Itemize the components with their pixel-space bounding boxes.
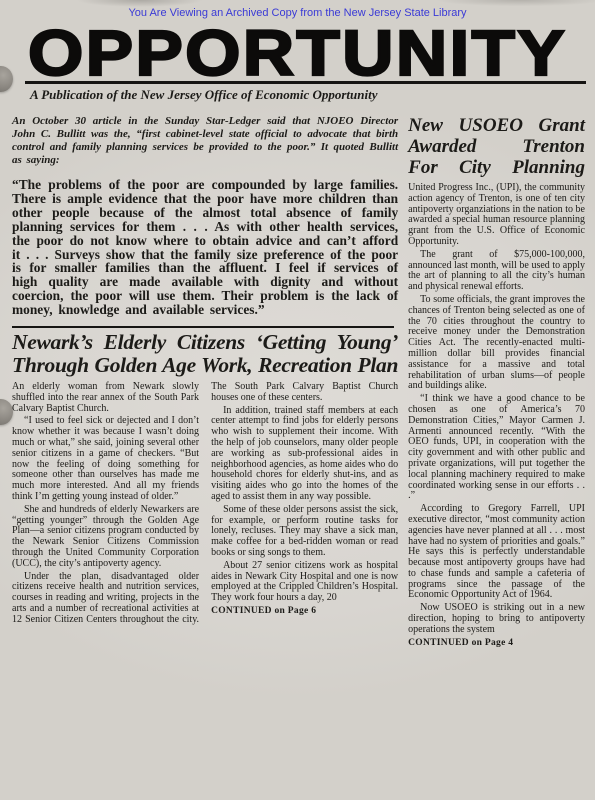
right-article-headline: New USOEO Grant Awarded Trenton For City… — [408, 115, 585, 178]
body-paragraph: According to Gregory Farrell, UPI execut… — [408, 504, 585, 601]
left-article-headline: Newark’s Elderly Citizens ‘Getting Young… — [12, 331, 398, 377]
headline-line: Awarded Trenton — [408, 136, 585, 157]
hole-punch-mark — [0, 66, 13, 92]
section-divider — [12, 326, 394, 328]
masthead-tagline: A Publication of the New Jersey Office o… — [30, 87, 595, 103]
body-paragraph: “I used to feel sick or dejected and I d… — [12, 416, 199, 502]
headline-line: New USOEO Grant — [408, 115, 585, 136]
continued-note: CONTINUED on Page 4 — [408, 638, 585, 649]
left-section: An October 30 article in the Sunday Star… — [12, 115, 398, 650]
lead-quote: “The problems of the poor are compounded… — [12, 178, 398, 317]
masthead-title: OPPORTUNITY — [28, 27, 567, 80]
body-paragraph: Now USOEO is striking out in a new direc… — [408, 603, 585, 635]
body-paragraph: An elderly woman from Newark slowly shuf… — [12, 382, 199, 414]
headline-line: For City Planning — [408, 157, 585, 178]
body-paragraph: “I think we have a good chance to be cho… — [408, 394, 585, 502]
lead-intro: An October 30 article in the Sunday Star… — [12, 115, 398, 167]
body-paragraph: To some officials, the grant improves th… — [408, 295, 585, 392]
headline-line: Through Golden Age Work, Recreation Plan — [12, 354, 398, 377]
headline-line: Newark’s Elderly Citizens ‘Getting Young… — [12, 331, 398, 354]
body-paragraph: About 27 senior citizens work as hospita… — [211, 561, 398, 604]
body-paragraph: She and hundreds of elderly Newarkers ar… — [12, 505, 199, 570]
right-article-body: United Progress Inc., (UPI), the communi… — [408, 183, 585, 648]
body-paragraph: The grant of $75,000-100,000, announced … — [408, 250, 585, 293]
body-paragraph: Some of these older persons assist the s… — [211, 505, 398, 559]
page-body: An October 30 article in the Sunday Star… — [12, 115, 585, 650]
continued-note: CONTINUED on Page 6 — [211, 606, 398, 617]
newsletter-page: You Are Viewing an Archived Copy from th… — [0, 0, 595, 800]
body-paragraph: In addition, trained staff members at ea… — [211, 406, 398, 503]
masthead: OPPORTUNITY — [28, 28, 595, 80]
right-article: New USOEO Grant Awarded Trenton For City… — [408, 115, 585, 650]
body-paragraph: United Progress Inc., (UPI), the communi… — [408, 183, 585, 248]
left-article-columns: An elderly woman from Newark slowly shuf… — [12, 382, 398, 626]
